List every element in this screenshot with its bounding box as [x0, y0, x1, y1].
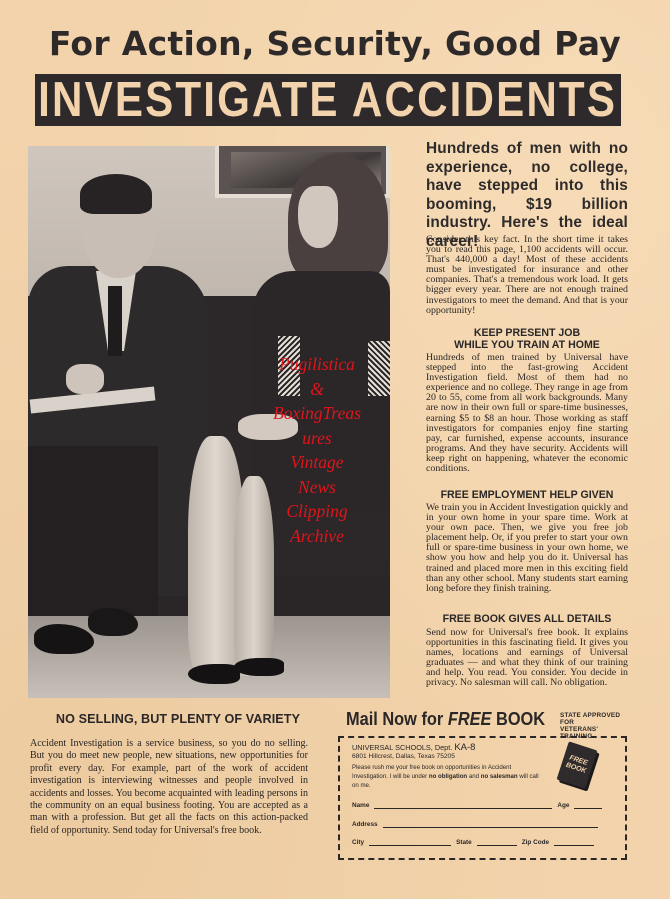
name-label: Name [352, 802, 369, 809]
headline-kicker: For Action, Security, Good Pay [0, 24, 670, 63]
section-heading-free-book: FREE BOOK GIVES ALL DETAILS [426, 614, 628, 626]
section-heading-keep-job: KEEP PRESENT JOB WHILE YOU TRAIN AT HOME [426, 328, 628, 352]
section-body-no-selling: Accident Investigation is a service busi… [30, 738, 308, 837]
age-field[interactable] [574, 803, 602, 809]
coupon-message: Please rush me your free book on opportu… [352, 763, 547, 790]
coupon-headline: Mail Now for FREE BOOK [346, 708, 545, 730]
coupon-msg-part: and [467, 773, 481, 780]
photo-man-tie [108, 286, 122, 356]
photo-woman-face [298, 186, 338, 248]
state-field[interactable] [477, 840, 517, 846]
photo-woman-shoe [234, 658, 284, 676]
section-heading-no-selling: NO SELLING, BUT PLENTY OF VARIETY [28, 712, 328, 726]
photo-man-legs [28, 446, 158, 616]
name-field-row: Name Age [352, 802, 607, 809]
free-book-icon: FREE BOOK [557, 741, 598, 788]
section-body-employment-help: We train you in Accident Investigation q… [426, 503, 628, 594]
photo-man-hand [66, 364, 104, 394]
photo-man-hair [80, 174, 152, 214]
city-label: City [352, 839, 364, 846]
address-field[interactable] [383, 822, 598, 828]
coupon-school: UNIVERSAL SCHOOLS, Dept. KA-8 [352, 744, 475, 752]
address-label: Address [352, 821, 378, 828]
coupon-headline-free: FREE [448, 708, 492, 729]
section-body-free-book: Send now for Universal's free book. It e… [426, 628, 628, 689]
headline-banner: INVESTIGATE ACCIDENTS [35, 74, 621, 126]
state-label: State [456, 839, 472, 846]
section-body-keep-job: Hundreds of men trained by Universal hav… [426, 353, 628, 474]
coupon-school-name: UNIVERSAL SCHOOLS, Dept. [352, 743, 454, 752]
city-field[interactable] [369, 840, 451, 846]
coupon-headline-pre: Mail Now for [346, 708, 448, 729]
city-field-row: City State Zip Code [352, 839, 599, 846]
age-label: Age [557, 802, 569, 809]
name-field[interactable] [374, 803, 552, 809]
watermark-text: Pugilistica & BoxingTreas ures Vintage N… [232, 352, 402, 548]
zip-field[interactable] [554, 840, 594, 846]
coupon-address: 6801 Hillcrest, Dallas, Texas 75205 [352, 753, 455, 760]
mail-coupon[interactable]: UNIVERSAL SCHOOLS, Dept. KA-8 6801 Hillc… [338, 736, 627, 860]
photo-woman-shoe [188, 664, 240, 684]
coupon-headline-book: BOOK [491, 708, 545, 729]
coupon-msg-no-salesman: no salesman [481, 773, 518, 780]
intro-body: Consider this key fact. In the short tim… [426, 235, 628, 316]
banner-text: INVESTIGATE ACCIDENTS [39, 76, 618, 125]
coupon-dept: KA-8 [454, 742, 475, 753]
section-heading-employment-help: FREE EMPLOYMENT HELP GIVEN [426, 490, 628, 502]
coupon-msg-no-obligation: no obligation [429, 773, 467, 780]
address-field-row: Address [352, 821, 603, 828]
zip-label: Zip Code [522, 839, 549, 846]
